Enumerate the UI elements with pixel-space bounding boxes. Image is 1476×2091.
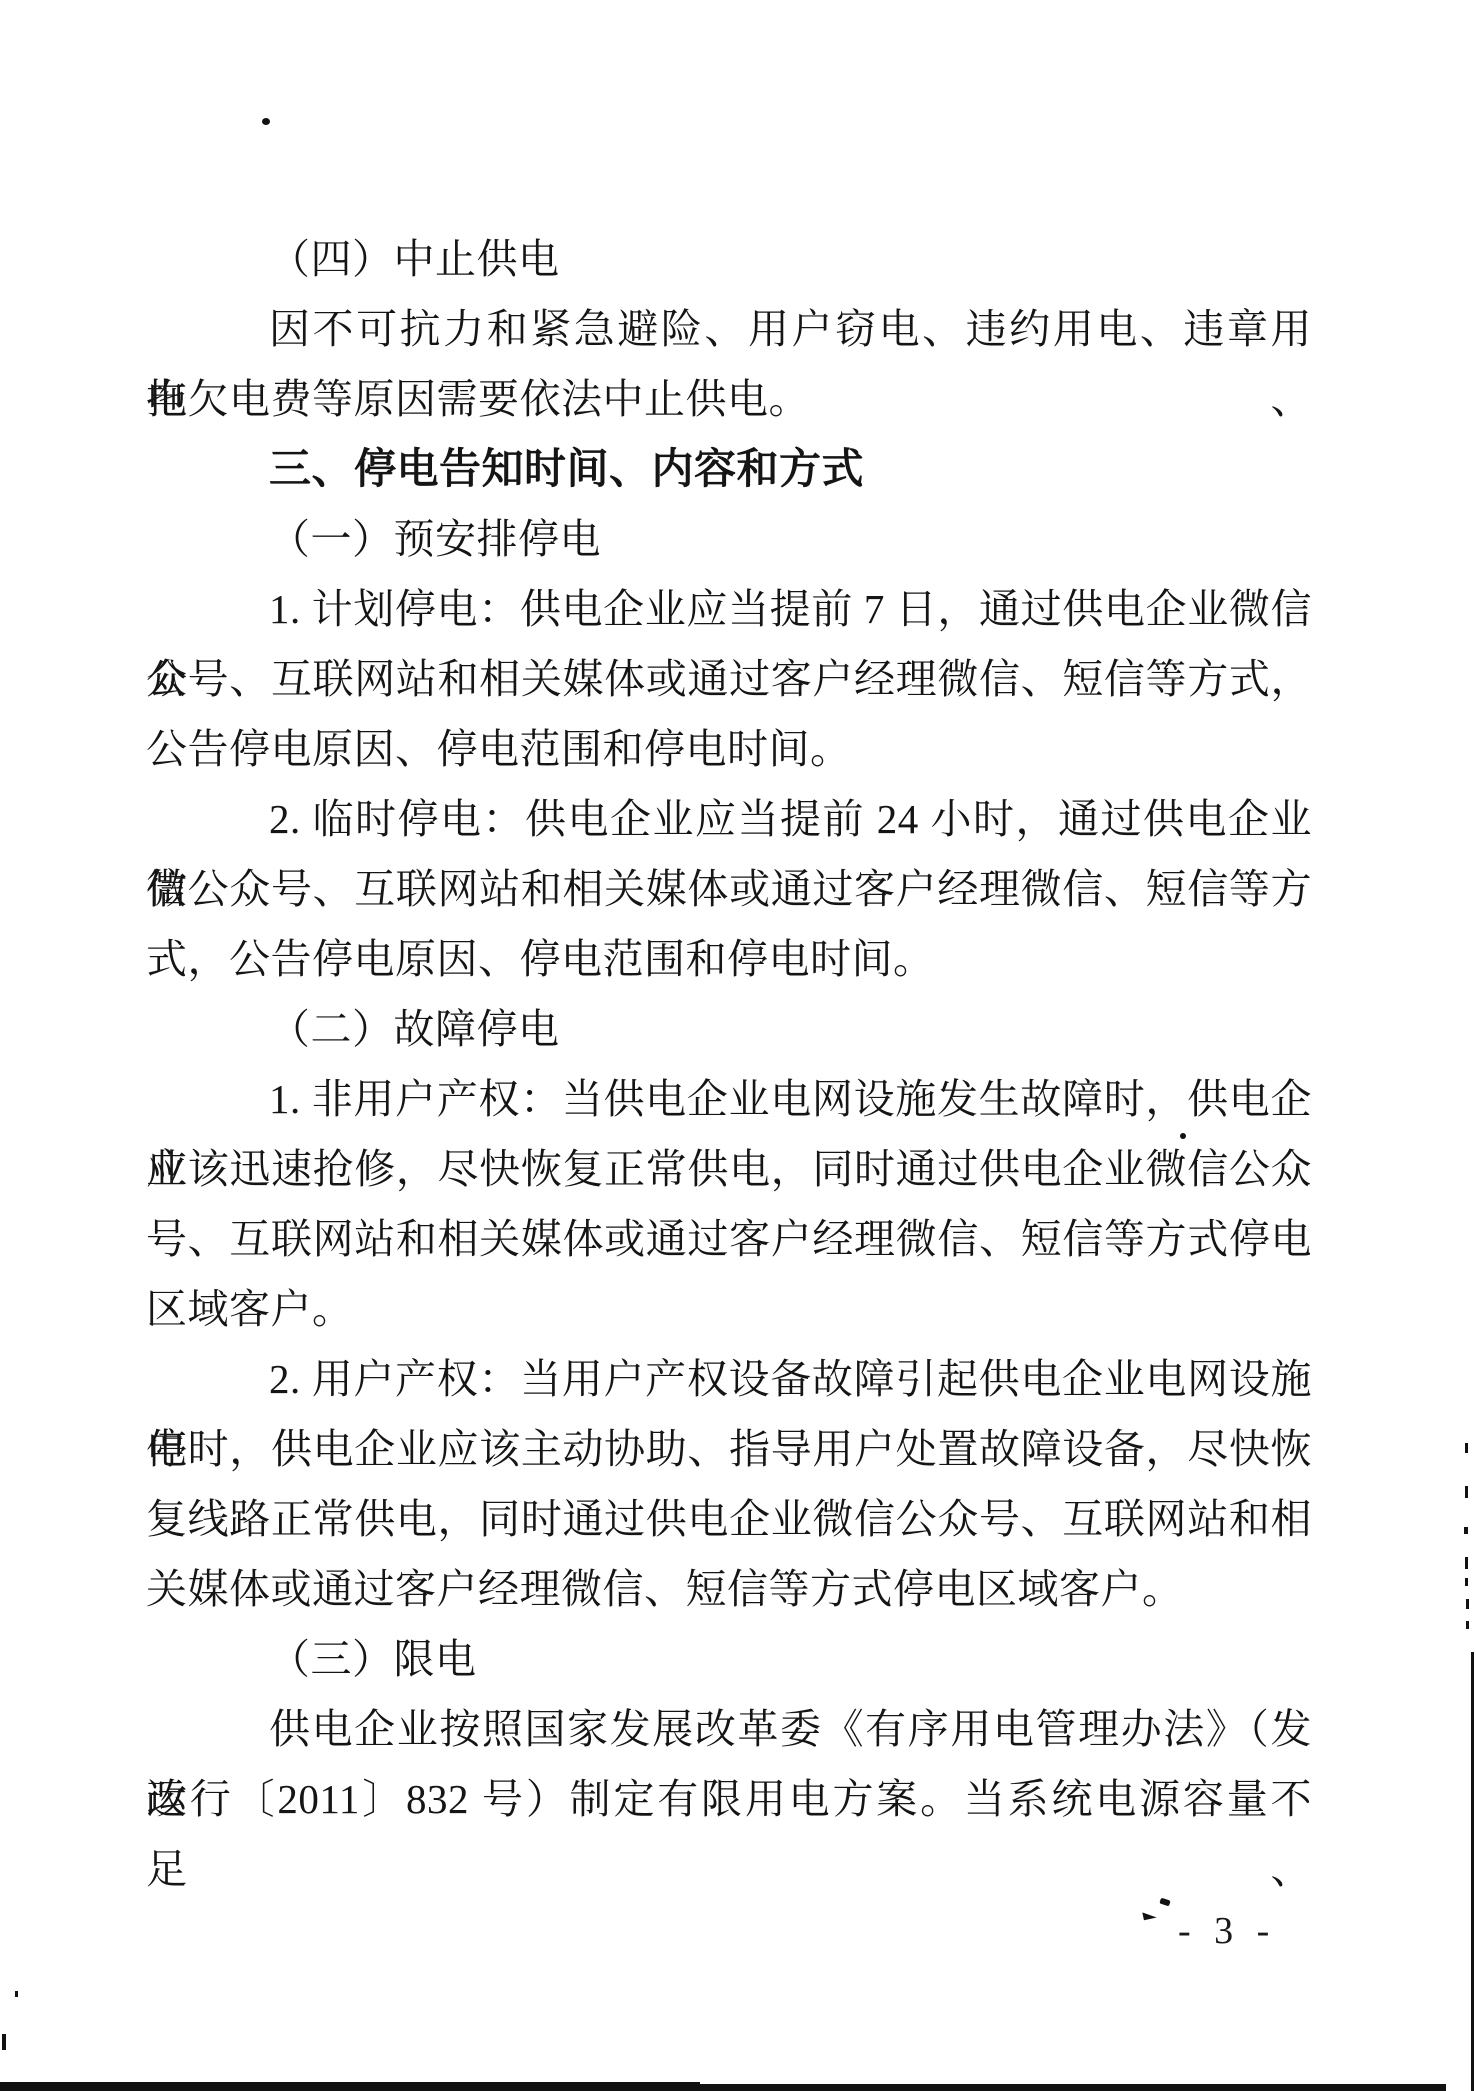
text-line: （一）预安排停电 bbox=[146, 504, 1312, 574]
scan-bottom-bar-ragged bbox=[0, 2082, 700, 2084]
text-line: 三、停电告知时间、内容和方式 bbox=[146, 434, 1312, 504]
scanned-document-page: （四）中止供电因不可抗力和紧急避险、用户窃电、违约用电、违章用电、拖欠电费等原因… bbox=[0, 0, 1476, 2091]
text-line: 区域客户。 bbox=[146, 1274, 1312, 1344]
text-line: 式，公告停电原因、停电范围和停电时间。 bbox=[146, 924, 1312, 994]
scan-edge-dash bbox=[1466, 1621, 1469, 1629]
document-lines: （四）中止供电因不可抗力和紧急避险、用户窃电、违约用电、违章用电、拖欠电费等原因… bbox=[146, 224, 1312, 1834]
scan-bottom-bar bbox=[0, 2084, 1446, 2091]
text-line: 运行〔2011〕832 号）制定有限用电方案。当系统电源容量不足、 bbox=[146, 1764, 1312, 1834]
scan-edge-dash-left bbox=[2, 2034, 6, 2050]
text-line: 1. 非用户产权：当供电企业电网设施发生故障时，供电企业 bbox=[146, 1064, 1312, 1134]
text-line: 2. 用户产权：当用户产权设备故障引起供电企业电网设施停 bbox=[146, 1344, 1312, 1414]
text-line: 号、互联网站和相关媒体或通过客户经理微信、短信等方式停电 bbox=[146, 1204, 1312, 1274]
text-line: 电时，供电企业应该主动协助、指导用户处置故障设备，尽快恢 bbox=[146, 1414, 1312, 1484]
text-line: 众号、互联网站和相关媒体或通过客户经理微信、短信等方式， bbox=[146, 644, 1312, 714]
page-number: - 3 - bbox=[1178, 1908, 1269, 1954]
scan-edge-dash bbox=[1465, 1486, 1468, 1498]
scan-edge-dash bbox=[1465, 1443, 1468, 1453]
scan-speck-left bbox=[15, 1991, 18, 1997]
text-line: 信公众号、互联网站和相关媒体或通过客户经理微信、短信等方 bbox=[146, 854, 1312, 924]
scan-speck-mid bbox=[1180, 1133, 1186, 1139]
text-line: 复线路正常供电，同时通过供电企业微信公众号、互联网站和相 bbox=[146, 1484, 1312, 1554]
text-line: 公告停电原因、停电范围和停电时间。 bbox=[146, 714, 1312, 784]
text-line: 关媒体或通过客户经理微信、短信等方式停电区域客户。 bbox=[146, 1554, 1312, 1624]
text-line: 因不可抗力和紧急避险、用户窃电、违约用电、违章用电、 bbox=[146, 294, 1312, 364]
scan-edge-dash bbox=[1466, 1599, 1469, 1609]
scan-speck-top bbox=[262, 118, 270, 125]
text-line: 2. 临时停电：供电企业应当提前 24 小时，通过供电企业微 bbox=[146, 784, 1312, 854]
scan-edge-dash bbox=[1465, 1557, 1468, 1569]
text-line: 应该迅速抢修，尽快恢复正常供电，同时通过供电企业微信公众 bbox=[146, 1134, 1312, 1204]
pen-mark-wedge bbox=[1142, 1910, 1156, 1921]
text-line: 供电企业按照国家发展改革委《有序用电管理办法》（发改 bbox=[146, 1694, 1312, 1764]
text-line: （四）中止供电 bbox=[146, 224, 1312, 294]
scan-edge-line bbox=[1471, 1652, 1474, 2091]
scan-edge-dash bbox=[1465, 1578, 1468, 1586]
text-line: 1. 计划停电：供电企业应当提前 7 日，通过供电企业微信公 bbox=[146, 574, 1312, 644]
scan-edge-dash bbox=[1464, 1527, 1468, 1534]
text-line: （三）限电 bbox=[146, 1624, 1312, 1694]
text-line: （二）故障停电 bbox=[146, 994, 1312, 1064]
